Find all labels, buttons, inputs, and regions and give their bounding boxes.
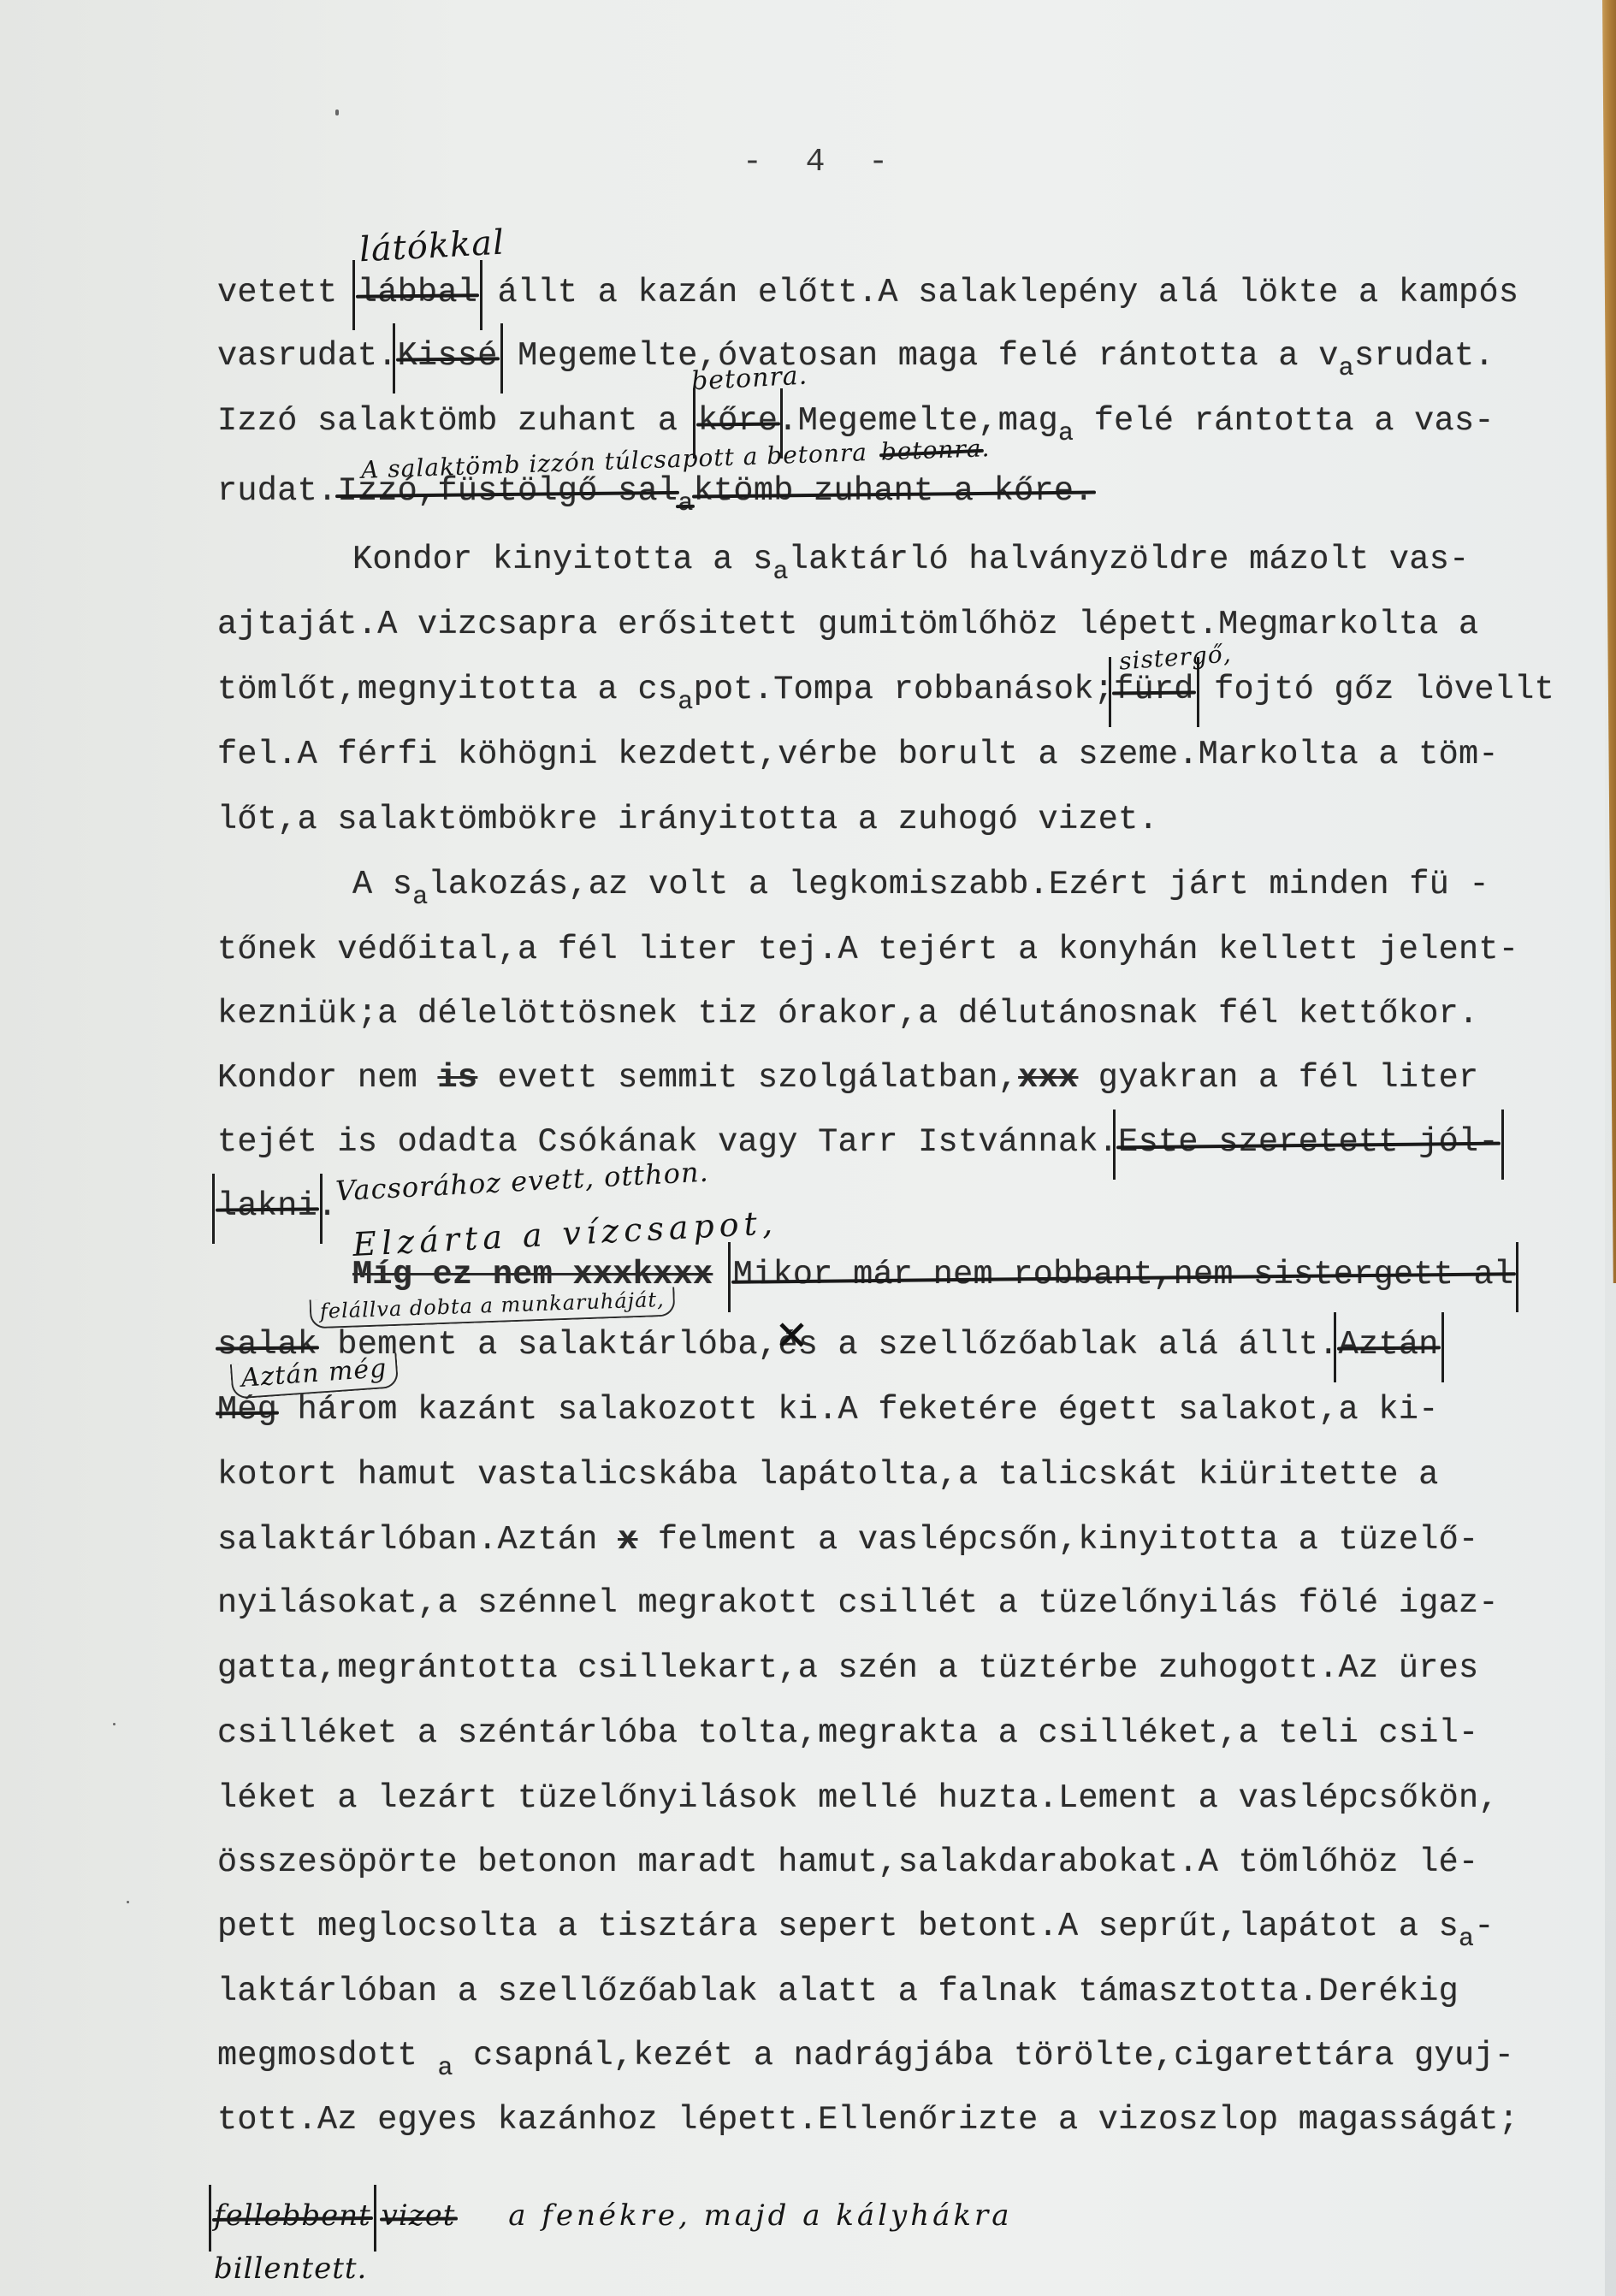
typed-text: három kazánt salakozott ki.A feketére ég… (277, 1391, 1438, 1429)
subscript-correction: a (412, 883, 428, 912)
typed-text: ajtaját.A vizcsapra erősitett gumitömlőh… (217, 606, 1478, 643)
typed-text: fel.A férfi köhögni kezdett,vérbe borult… (217, 736, 1499, 773)
typed-line: gatta,megrántotta csillekart,a szén a tü… (217, 1649, 1478, 1687)
struck-text: lábbal (358, 274, 477, 311)
subscript-correction: a (437, 2054, 453, 2083)
paper-speck (335, 109, 339, 115)
typed-text: léket a lezárt tüzelőnyilások mellé huzt… (217, 1779, 1499, 1817)
typed-text: Kondor nem (217, 1059, 437, 1097)
typed-line: csilléket a széntárlóba tolta,megrakta a… (217, 1714, 1478, 1752)
paper-speck (113, 1723, 115, 1725)
typed-text: lőt,a salaktömbökre irányitotta a zuhogó… (217, 801, 1158, 838)
overtyped-text: xxx (1018, 1059, 1078, 1097)
paper-speck (127, 1901, 129, 1903)
typed-text: srudat. (1354, 337, 1495, 375)
subscript-correction: a (1058, 419, 1074, 448)
typed-text: vasrudat. (217, 337, 398, 375)
typed-text: evett semmit szolgálatban, (477, 1059, 1018, 1097)
typed-text: lakozás,az volt a legkomiszabb.Ezért jár… (429, 866, 1489, 903)
overtyped-text: x (618, 1521, 637, 1559)
struck-text: Mikor már nem robbant,nem sistergett al (733, 1256, 1514, 1293)
typed-line: fel.A férfi köhögni kezdett,vérbe borult… (217, 736, 1499, 773)
typed-text: összesöpörte betonon maradt hamut,salakd… (217, 1843, 1478, 1881)
typed-text: nyilásokat,a szénnel megrakott csillét a… (217, 1584, 1499, 1622)
typed-line: salak bement a salaktárlóba,és a szellőz… (217, 1326, 1439, 1364)
typed-line: megmosdott a csapnál,kezét a nadrágjába … (217, 2037, 1514, 2077)
typed-line: pett meglocsolta a tisztára sepert beton… (217, 1908, 1495, 1948)
typed-line: A salakozás,az volt a legkomiszabb.Ezért… (352, 866, 1489, 906)
struck-text: Aztán (1339, 1326, 1439, 1364)
typed-line: tömlőt,megnyitotta a csapot.Tompa robban… (217, 671, 1554, 711)
typed-text: felment a vaslépcsőn,kinyitotta a tüzelő… (637, 1521, 1478, 1559)
typed-text: csapnál,kezét a nadrágjába törölte,cigar… (453, 2037, 1514, 2074)
typed-line: összesöpörte betonon maradt hamut,salakd… (217, 1843, 1478, 1881)
struck-text: Este szeretett jól- (1118, 1123, 1499, 1161)
struck-annotation: vizet (382, 2198, 456, 2233)
typed-line: kezniük;a délelöttösnek tiz órakor,a dél… (217, 995, 1478, 1033)
typed-text: pot.Tompa robbanások; (694, 671, 1114, 708)
typed-text: tömlőt,megnyitotta a cs (217, 671, 678, 708)
typed-line: vasrudat.Kissé Megemelte,óvatosan maga f… (217, 337, 1495, 377)
typed-line: lőt,a salaktömbökre irányitotta a zuhogó… (217, 801, 1158, 838)
typed-text: laktárló halványzöldre mázolt vas- (789, 541, 1470, 578)
typed-line: rudat.Izzó,füstölgő salaktömb zuhant a k… (217, 472, 1094, 512)
typed-text: - (1474, 1908, 1494, 1945)
typed-line: Még három kazánt salakozott ki.A feketér… (217, 1391, 1439, 1429)
typed-text: Izzó salaktömb zuhant a (217, 402, 698, 440)
typed-text: a szellőzőablak alá állt. (818, 1326, 1339, 1364)
crossed-out-text: és (778, 1326, 818, 1364)
typed-text: Kondor kinyitotta a s (352, 541, 772, 578)
typed-line: tott.Az egyes kazánhoz lépett.Ellenőrizt… (217, 2101, 1518, 2139)
typed-text: csilléket a széntárlóba tolta,megrakta a… (217, 1714, 1478, 1752)
typed-text: állt a kazán előtt.A salaklepény alá lök… (477, 274, 1518, 311)
struck-annotation: fellebbent (214, 2198, 371, 2233)
handwritten-annotation: fellebbent vizet a fenékre, majd a kályh… (214, 2198, 1013, 2233)
typed-text: tőnek védőital,a fél liter tej.A tejért … (217, 931, 1518, 968)
struck-annotation: betonra (880, 435, 982, 466)
typed-text: felé rántotta a vas- (1074, 402, 1494, 440)
struck-text: lakni (217, 1187, 317, 1225)
typed-text: pett meglocsolta a tisztára sepert beton… (217, 1908, 1459, 1945)
typed-line: lakni. (217, 1187, 337, 1225)
typed-text: . (317, 1187, 337, 1225)
typed-line: Kondor kinyitotta a salaktárló halványzö… (352, 541, 1470, 581)
handwritten-annotation: billentett. (214, 2252, 367, 2286)
typed-line: tőnek védőital,a fél liter tej.A tejért … (217, 931, 1518, 968)
typed-line: léket a lezárt tüzelőnyilások mellé huzt… (217, 1779, 1499, 1817)
typed-text: gyakran a fél liter (1078, 1059, 1478, 1097)
typed-text: tejét is odadta Csókának vagy Tarr Istvá… (217, 1123, 1118, 1161)
subscript-correction: a (678, 688, 693, 717)
typed-line: ajtaját.A vizcsapra erősitett gumitömlőh… (217, 606, 1478, 643)
typed-text: laktárlóban a szellőzőablak alatt a faln… (217, 1973, 1459, 2010)
typed-line: salaktárlóban.Aztán x felment a vaslépcs… (217, 1521, 1478, 1559)
typed-text: fojtó gőz lövellt (1194, 671, 1554, 708)
subscript-correction: a (1459, 1925, 1474, 1954)
subscript-correction: a (772, 558, 788, 587)
typed-line: Míg ez nem xxxkxxx Mikor már nem robbant… (352, 1256, 1513, 1293)
typed-line: nyilásokat,a szénnel megrakott csillét a… (217, 1584, 1499, 1622)
struck-text: ktömb zuhant a kőre. (694, 472, 1094, 510)
typed-text: tott.Az egyes kazánhoz lépett.Ellenőrizt… (217, 2101, 1518, 2139)
struck-text: a (678, 489, 693, 518)
page-number: - 4 - (736, 144, 907, 180)
typed-line: Kondor nem is evett semmit szolgálatban,… (217, 1059, 1478, 1097)
typed-line: vetett lábbal állt a kazán előtt.A salak… (217, 274, 1518, 311)
annotation-text: a fenékre, majd a kályhákra (508, 2198, 1012, 2233)
typed-text: gatta,megrántotta csillekart,a szén a tü… (217, 1649, 1478, 1687)
struck-text: fürd (1114, 671, 1194, 708)
typed-text: kotort hamut vastalicskába lapátolta,a t… (217, 1456, 1439, 1494)
typed-text: kezniük;a délelöttösnek tiz órakor,a dél… (217, 995, 1478, 1033)
typed-text: megmosdott (217, 2037, 437, 2074)
typed-text: A s (352, 866, 412, 903)
typed-line: kotort hamut vastalicskába lapátolta,a t… (217, 1456, 1439, 1494)
typed-line: Izzó salaktömb zuhant a kőre.Megemelte,m… (217, 402, 1495, 442)
typed-text: Megemelte,óvatosan maga felé rántotta a … (498, 337, 1339, 375)
struck-text: salak (217, 1326, 317, 1364)
typed-line: tejét is odadta Csókának vagy Tarr Istvá… (217, 1123, 1499, 1161)
struck-text: kőre (698, 402, 778, 440)
typed-line: laktárlóban a szellőzőablak alatt a faln… (217, 1973, 1459, 2010)
overtyped-text: is (437, 1059, 477, 1097)
subscript-correction: a (1339, 354, 1354, 383)
handwritten-annotation: betonra. (690, 360, 808, 396)
typed-text: vetett (217, 274, 358, 311)
handwritten-annotation: látókkal (358, 223, 506, 270)
annotation-period: . (981, 434, 991, 462)
typed-text: rudat. (217, 472, 337, 510)
typed-text: .Megemelte,mag (778, 402, 1058, 440)
struck-text: Kissé (398, 337, 498, 375)
typed-text: salaktárlóban.Aztán (217, 1521, 618, 1559)
